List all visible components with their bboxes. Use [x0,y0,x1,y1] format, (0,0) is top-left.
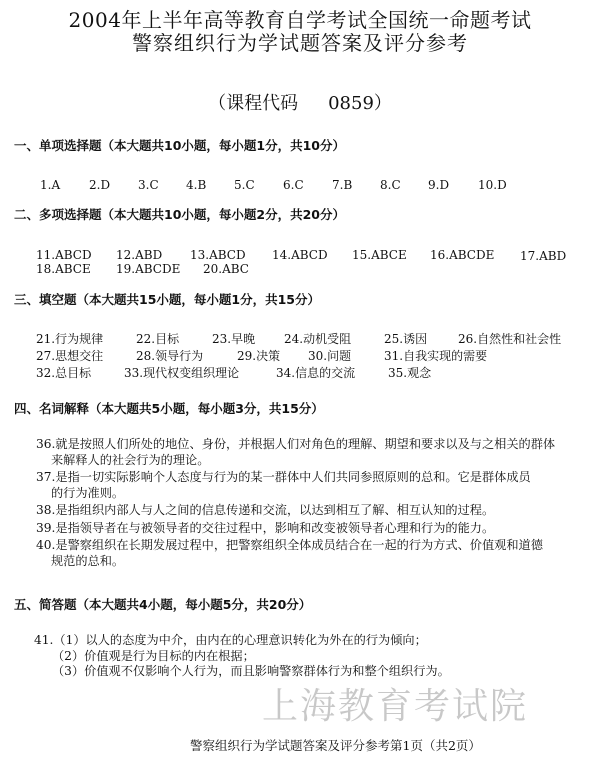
answer: 33.现代权变组织理论 [124,366,239,381]
answer: 13.ABCD [190,248,246,263]
section-heading-multi-choice: 二、多项选择题（本大题共10小题，每小题2分，共20分） [14,207,345,223]
answer: 22.目标 [136,332,179,347]
page-footer: 警察组织行为学试题答案及评分参考第1页（共2页） [190,738,481,754]
course-code: （课程代码0859） [0,93,600,115]
answer: 11.ABCD [36,248,92,263]
answer: 31.自我实现的需要 [384,349,487,364]
answer: 20.ABC [203,262,249,277]
answer-item: 36.就是按照人们所处的地位、身份，并根据人们对角色的理解、期望和要求以及与之相… [36,437,596,468]
answer: 7.B [332,178,352,193]
answer: 35.观念 [388,366,431,381]
answer: 30.问题 [308,349,351,364]
answer-line: 41.（1）以人的态度为中介，由内在的心理意识转化为外在的行为倾向； [34,633,594,649]
answer-line: 37.是指一切实际影响个人态度与行为的某一群体中人们共同参照原则的总和。它是群体… [36,470,596,486]
answer: 29.决策 [237,349,280,364]
answer-line: 的行为准则。 [36,486,596,502]
short-answer-answers: 41.（1）以人的态度为中介，由内在的心理意识转化为外在的行为倾向； （2）价值… [34,633,594,680]
fill-blank-answers: 21.行为规律 22.目标 23.早晚 24.动机受阻 25.诱因 26.自然性… [0,332,600,382]
page-subtitle: 警察组织行为学试题答案及评分参考 [0,31,600,55]
answer: 8.C [380,178,401,193]
answer: 1.A [40,178,60,193]
answer: 15.ABCE [352,248,407,263]
answer-line: 38.是指组织内部人与人之间的信息传递和交流，以达到相互了解、相互认知的过程。 [36,503,596,519]
answer: 24.动机受阻 [284,332,351,347]
section-heading-fill-blank: 三、填空题（本大题共15小题，每小题1分，共15分） [14,292,320,308]
answer-line: 规范的总和。 [36,554,596,570]
section-heading-term-definition: 四、名词解释（本大题共5小题，每小题3分，共15分） [14,401,324,417]
answer: 17.ABD [520,249,566,264]
answer: 26.自然性和社会性 [458,332,561,347]
answer: 12.ABD [116,248,162,263]
answer: 21.行为规律 [36,332,103,347]
answer-line: （3）价值观不仅影响个人行为，而且影响警察群体行为和整个组织行为。 [34,664,594,680]
multi-choice-answers: 11.ABCD 12.ABD 13.ABCD 14.ABCD 15.ABCE 1… [0,248,600,278]
answer-item: 39.是指领导者在与被领导者的交往过程中，影响和改变被领导者心理和行为的能力。 [36,521,596,537]
course-code-label: （课程代码 [208,93,298,114]
answer: 27.思想交往 [36,349,103,364]
term-definition-answers: 36.就是按照人们所处的地位、身份，并根据人们对角色的理解、期望和要求以及与之相… [36,437,596,569]
answer: 3.C [138,178,159,193]
answer-line: 来解释人的社会行为的理论。 [36,453,596,469]
answer: 4.B [186,178,206,193]
answer: 14.ABCD [272,248,328,263]
answer-line: （2）价值观是行为目标的内在根据； [34,649,594,665]
answer: 25.诱因 [384,332,427,347]
page-title: 2004年上半年高等教育自学考试全国统一命题考试 [0,8,600,32]
answer-item: 38.是指组织内部人与人之间的信息传递和交流，以达到相互了解、相互认知的过程。 [36,503,596,519]
answer-item: 40.是警察组织在长期发展过程中，把警察组织全体成员结合在一起的行为方式、价值观… [36,538,596,569]
course-code-value: 0859） [328,93,392,114]
answer: 5.C [234,178,255,193]
answer-line: 39.是指领导者在与被领导者的交往过程中，影响和改变被领导者心理和行为的能力。 [36,521,596,537]
answer-line: 36.就是按照人们所处的地位、身份，并根据人们对角色的理解、期望和要求以及与之相… [36,437,596,453]
answer: 18.ABCE [36,262,91,277]
answer-item: 37.是指一切实际影响个人态度与行为的某一群体中人们共同参照原则的总和。它是群体… [36,470,596,501]
answer: 32.总目标 [36,366,91,381]
answer: 10.D [478,178,507,193]
answer: 6.C [283,178,304,193]
answer: 9.D [428,178,449,193]
answer-line: 40.是警察组织在长期发展过程中，把警察组织全体成员结合在一起的行为方式、价值观… [36,538,596,554]
section-heading-short-answer: 五、简答题（本大题共4小题，每小题5分，共20分） [14,597,311,613]
answer-item: 41.（1）以人的态度为中介，由内在的心理意识转化为外在的行为倾向； （2）价值… [34,633,594,680]
answer: 16.ABCDE [430,248,494,263]
answer: 28.领导行为 [136,349,203,364]
answer: 2.D [89,178,110,193]
answer: 19.ABCDE [116,262,180,277]
answer: 34.信息的交流 [276,366,355,381]
answer: 23.早晚 [212,332,255,347]
watermark: 上海教育考试院 [262,687,528,727]
section-heading-single-choice: 一、单项选择题（本大题共10小题，每小题1分，共10分） [14,138,345,154]
